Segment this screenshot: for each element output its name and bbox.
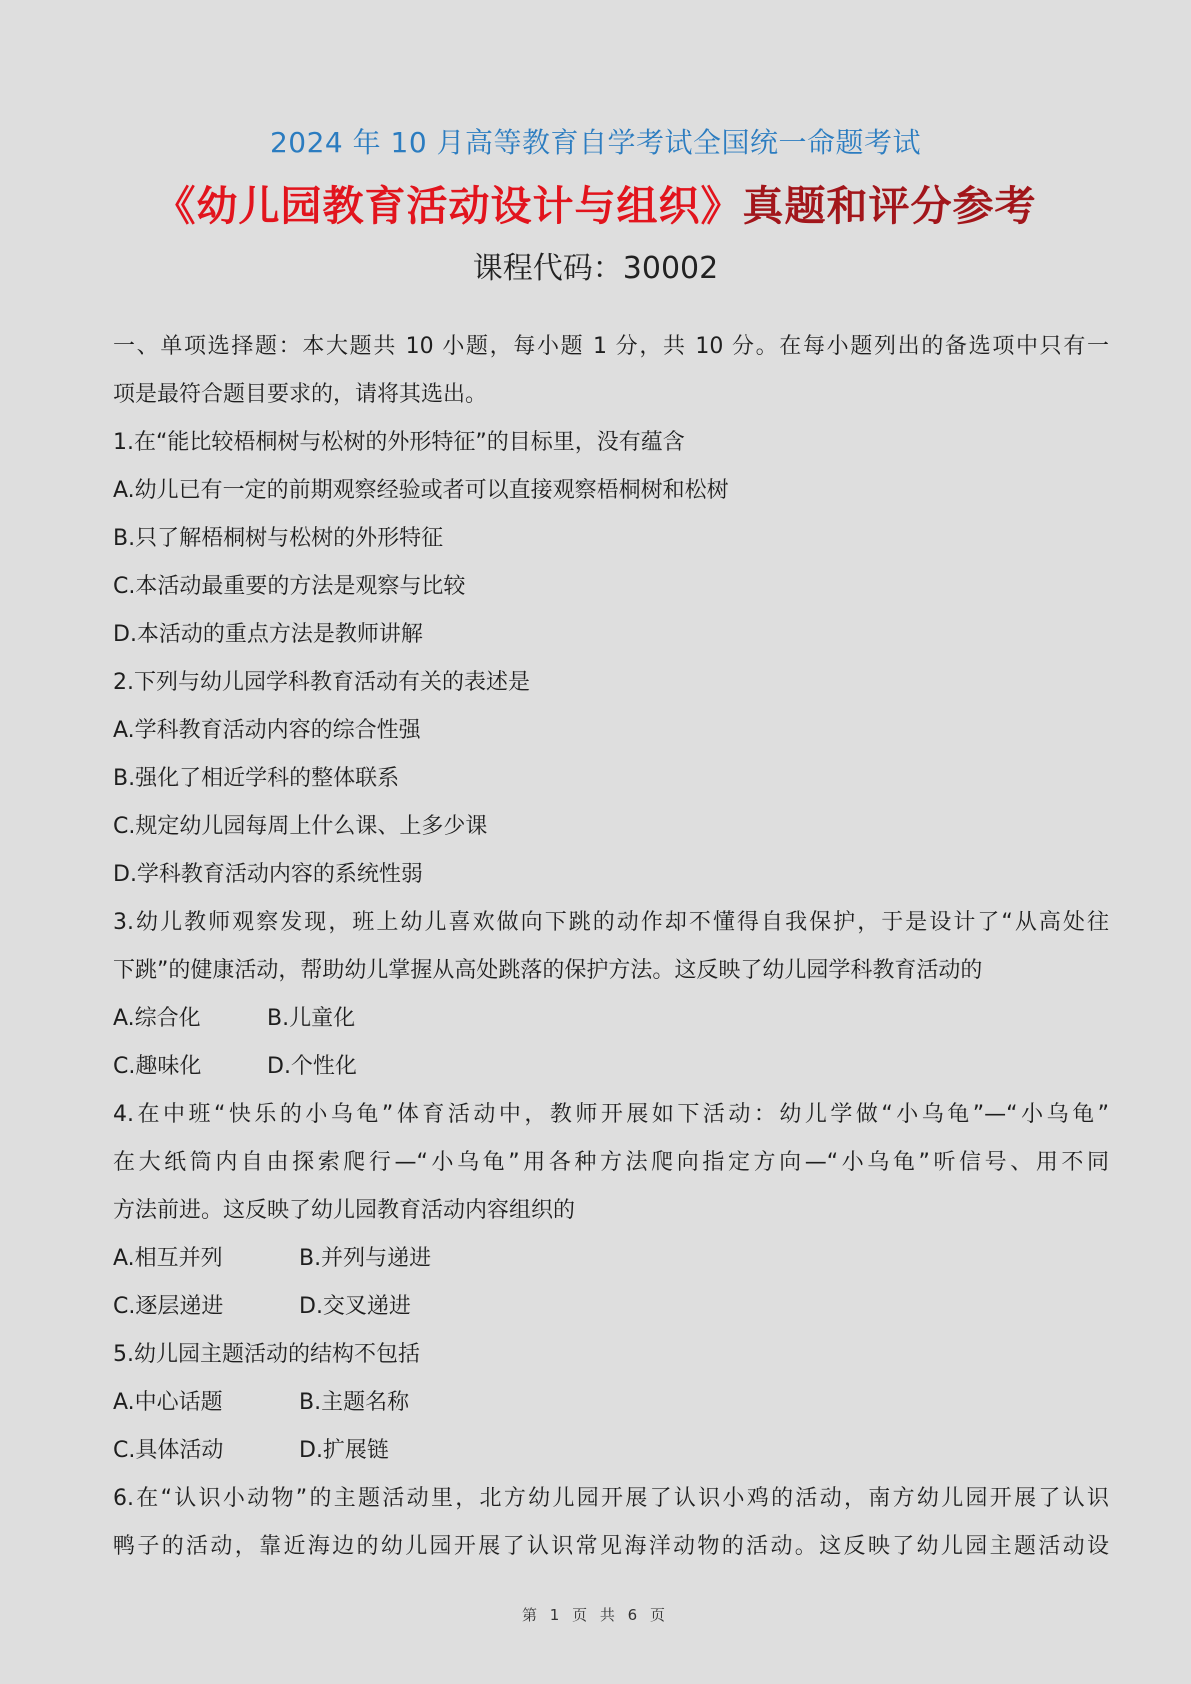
question-2: 2.下列与幼儿园学科教育活动有关的表述是 A.学科教育活动内容的综合性强 B.强… [113, 659, 1109, 899]
question-stem-line-2: 在大纸筒内自由探索爬行—“小乌龟”用各种方法爬向指定方向—“小乌龟”听信号、用不… [113, 1139, 1109, 1187]
option-d: D.学科教育活动内容的系统性弱 [113, 851, 1109, 899]
option-c: C.规定幼儿园每周上什么课、上多少课 [113, 803, 1109, 851]
option-row: A.相互并列 B.并列与递进 [113, 1235, 1109, 1283]
question-stem-line-1: 6.在“认识小动物”的主题活动里，北方幼儿园开展了认识小鸡的活动，南方幼儿园开展… [113, 1475, 1109, 1523]
question-stem-line-3: 方法前进。这反映了幼儿园教育活动内容组织的 [113, 1187, 1109, 1235]
question-6: 6.在“认识小动物”的主题活动里，北方幼儿园开展了认识小鸡的活动，南方幼儿园开展… [113, 1475, 1109, 1571]
option-b: B.只了解梧桐树与松树的外形特征 [113, 515, 1109, 563]
option-row: C.具体活动 D.扩展链 [113, 1427, 1109, 1475]
option-a: A.相互并列 [113, 1235, 299, 1283]
question-stem: 5.幼儿园主题活动的结构不包括 [113, 1331, 1109, 1379]
option-d: D.交叉递进 [299, 1283, 411, 1331]
question-stem: 1.在“能比较梧桐树与松树的外形特征”的目标里，没有蕴含 [113, 419, 1109, 467]
question-stem: 2.下列与幼儿园学科教育活动有关的表述是 [113, 659, 1109, 707]
option-row: A.中心话题 B.主题名称 [113, 1379, 1109, 1427]
exam-content: 一、单项选择题：本大题共 10 小题，每小题 1 分，共 10 分。在每小题列出… [113, 323, 1109, 1571]
exam-title: 《幼儿园教育活动设计与组织》真题和评分参考 [0, 180, 1191, 232]
option-row: C.趣味化 D.个性化 [113, 1043, 1109, 1091]
section-instruction-line-1: 一、单项选择题：本大题共 10 小题，每小题 1 分，共 10 分。在每小题列出… [113, 323, 1109, 371]
page-number-footer: 第 1 页 共 6 页 [0, 1604, 1191, 1625]
option-row: C.逐层递进 D.交叉递进 [113, 1283, 1109, 1331]
option-c: C.逐层递进 [113, 1283, 299, 1331]
option-d: D.本活动的重点方法是教师讲解 [113, 611, 1109, 659]
section-instruction-line-2: 项是最符合题目要求的，请将其选出。 [113, 371, 1109, 419]
option-b: B.儿童化 [267, 995, 355, 1043]
option-d: D.扩展链 [299, 1427, 389, 1475]
option-a: A.幼儿已有一定的前期观察经验或者可以直接观察梧桐树和松树 [113, 467, 1109, 515]
option-c: C.本活动最重要的方法是观察与比较 [113, 563, 1109, 611]
option-b: B.主题名称 [299, 1379, 409, 1427]
question-3: 3.幼儿教师观察发现，班上幼儿喜欢做向下跳的动作却不懂得自我保护，于是设计了“从… [113, 899, 1109, 1091]
exam-page: 2024 年 10 月高等教育自学考试全国统一命题考试 《幼儿园教育活动设计与组… [0, 0, 1191, 1684]
question-stem-line-2: 鸭子的活动，靠近海边的幼儿园开展了认识常见海洋动物的活动。这反映了幼儿园主题活动… [113, 1523, 1109, 1571]
option-d: D.个性化 [267, 1043, 357, 1091]
question-5: 5.幼儿园主题活动的结构不包括 A.中心话题 B.主题名称 C.具体活动 D.扩… [113, 1331, 1109, 1475]
question-1: 1.在“能比较梧桐树与松树的外形特征”的目标里，没有蕴含 A.幼儿已有一定的前期… [113, 419, 1109, 659]
option-b: B.强化了相近学科的整体联系 [113, 755, 1109, 803]
option-b: B.并列与递进 [299, 1235, 431, 1283]
course-code: 课程代码：30002 [0, 249, 1191, 289]
exam-title-course: 《幼儿园教育活动设计与组织》 [155, 182, 743, 230]
question-stem-line-1: 3.幼儿教师观察发现，班上幼儿喜欢做向下跳的动作却不懂得自我保护，于是设计了“从… [113, 899, 1109, 947]
option-a: A.综合化 [113, 995, 267, 1043]
exam-title-suffix: 真题和评分参考 [743, 182, 1037, 230]
question-stem-line-2: 下跳”的健康活动，帮助幼儿掌握从高处跳落的保护方法。这反映了幼儿园学科教育活动的 [113, 947, 1109, 995]
exam-subtitle: 2024 年 10 月高等教育自学考试全国统一命题考试 [0, 124, 1191, 162]
option-row: A.综合化 B.儿童化 [113, 995, 1109, 1043]
question-4: 4.在中班“快乐的小乌龟”体育活动中，教师开展如下活动：幼儿学做“小乌龟”—“小… [113, 1091, 1109, 1331]
option-a: A.中心话题 [113, 1379, 299, 1427]
option-a: A.学科教育活动内容的综合性强 [113, 707, 1109, 755]
option-c: C.趣味化 [113, 1043, 267, 1091]
option-c: C.具体活动 [113, 1427, 299, 1475]
question-stem-line-1: 4.在中班“快乐的小乌龟”体育活动中，教师开展如下活动：幼儿学做“小乌龟”—“小… [113, 1091, 1109, 1139]
